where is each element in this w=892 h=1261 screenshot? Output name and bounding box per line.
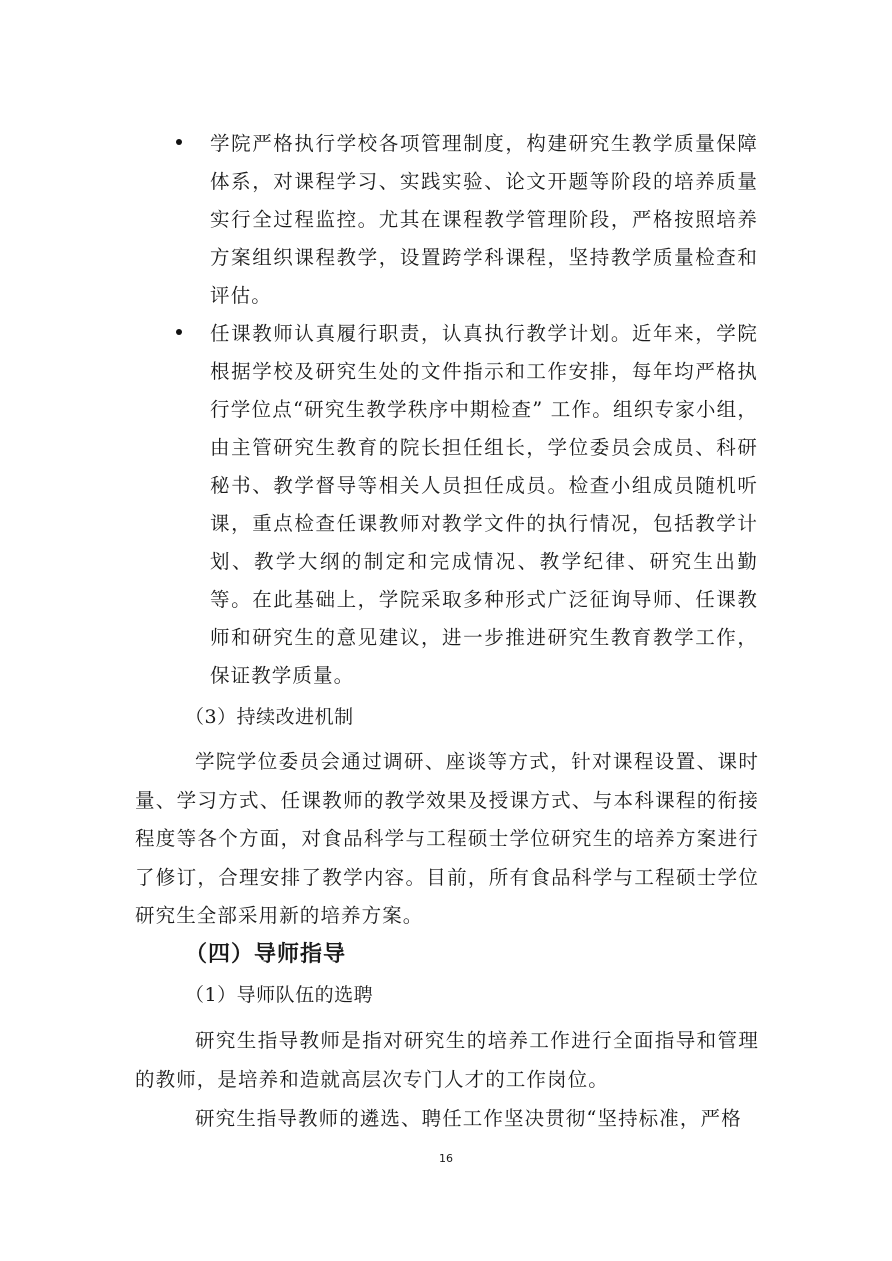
subsection-title-advisor-selection: （1）导师队伍的选聘 (185, 981, 373, 1009)
page-number: 16 (0, 1152, 892, 1165)
bullet-icon (176, 139, 182, 145)
bullet-text: 任课教师认真履行职责，认真执行教学计划。近年来，学院根据学校及研究生处的文件指示… (210, 315, 758, 695)
bullet-text: 学院严格执行学校各项管理制度，构建研究生教学质量保障体系，对课程学习、实践实验、… (210, 125, 758, 315)
paragraph-advisor-selection-policy: 研究生指导教师的遴选、聘任工作坚决贯彻“坚持标准，严格 (135, 1100, 759, 1139)
subsection-title-continuous-improvement: （3）持续改进机制 (185, 703, 354, 731)
bullet-icon (176, 329, 182, 335)
paragraph-continuous-improvement: 学院学位委员会通过调研、座谈等方式，针对课程设置、课时量、学习方式、任课教师的教… (135, 743, 759, 936)
paragraph-advisor-definition: 研究生指导教师是指对研究生的培养工作进行全面指导和管理的教师，是培养和造就高层次… (135, 1022, 759, 1099)
document-page: 学院严格执行学校各项管理制度，构建研究生教学质量保障体系，对课程学习、实践实验、… (0, 0, 892, 1261)
section-heading-advisor-guidance: （四）导师指导 (185, 940, 346, 970)
